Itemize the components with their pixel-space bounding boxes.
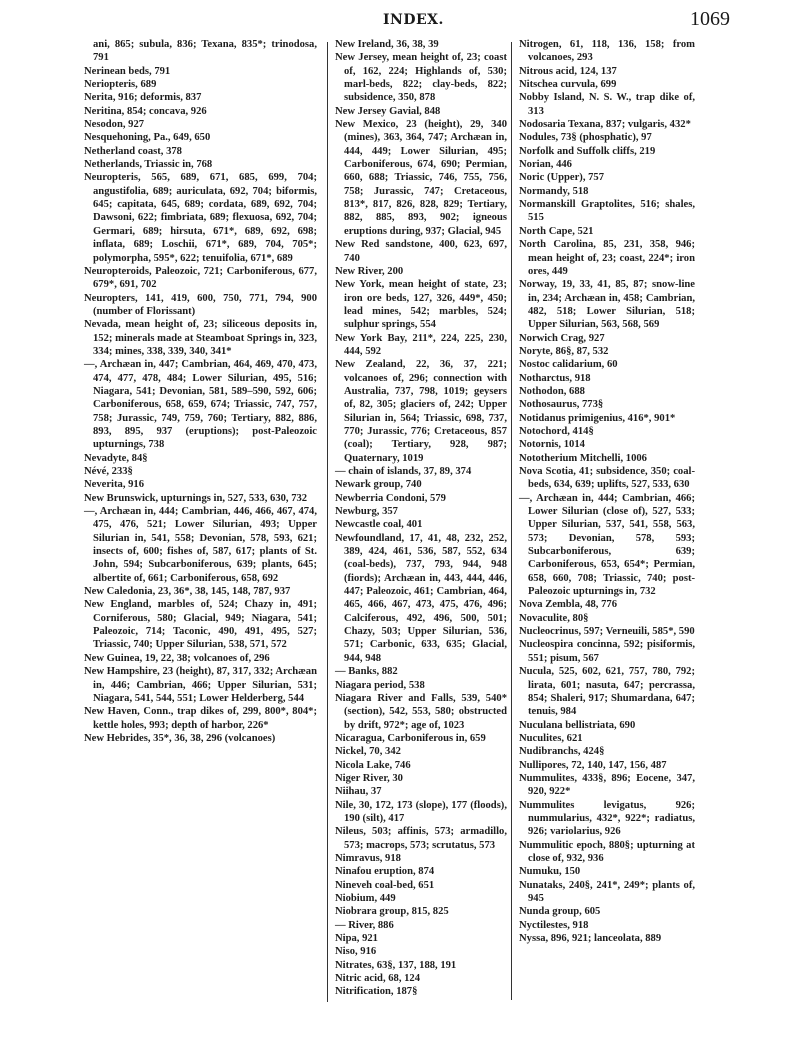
index-entry: Niobium, 449	[335, 892, 507, 905]
index-entry: Niobrara group, 815, 825	[335, 905, 507, 918]
index-entry: Nototherium Mitchelli, 1006	[519, 452, 695, 465]
index-entry: New Jersey, mean height of, 23; coast of…	[335, 51, 507, 104]
index-entry: New River, 200	[335, 265, 507, 278]
index-entry: Notidanus primigenius, 416*, 901*	[519, 412, 695, 425]
index-entry: New Red sandstone, 400, 623, 697, 740	[335, 238, 507, 265]
index-entry: Nickel, 70, 342	[335, 745, 507, 758]
index-entry: Nummulites levigatus, 926; nummularius, …	[519, 799, 695, 839]
index-entry: New York, mean height of state, 23; iron…	[335, 278, 507, 331]
index-entry: Noryte, 86§, 87, 532	[519, 345, 695, 358]
index-entry: Nucleocrinus, 597; Verneuili, 585*, 590	[519, 625, 695, 638]
index-entry: Nudibranchs, 424§	[519, 745, 695, 758]
index-entry: Norian, 446	[519, 158, 695, 171]
index-entry: Nucula, 525, 602, 621, 757, 780, 792; li…	[519, 665, 695, 718]
index-entry: Niger River, 30	[335, 772, 507, 785]
index-entry: Neverita, 916	[84, 478, 317, 491]
index-entry: — chain of islands, 37, 89, 374	[335, 465, 507, 478]
index-page: INDEX. 1069 ani, 865; subula, 836; Texan…	[0, 0, 800, 1050]
index-entry: Nitrous acid, 124, 137	[519, 65, 695, 78]
index-entry: Norwich Crag, 927	[519, 332, 695, 345]
index-entry: Nerinean beds, 791	[84, 65, 317, 78]
index-entry: New Caledonia, 23, 36*, 38, 145, 148, 78…	[84, 585, 317, 598]
index-entry: Nucleospira concinna, 592; pisiformis, 5…	[519, 638, 695, 665]
index-entry: Netherlands, Triassic in, 768	[84, 158, 317, 171]
index-entry: Normanskill Graptolites, 516; shales, 51…	[519, 198, 695, 225]
index-entry: New Guinea, 19, 22, 38; volcanoes of, 29…	[84, 652, 317, 665]
index-entry: Nunda group, 605	[519, 905, 695, 918]
index-entry: New Ireland, 36, 38, 39	[335, 38, 507, 51]
index-entry: Normandy, 518	[519, 185, 695, 198]
index-entry: Newark group, 740	[335, 478, 507, 491]
index-entry: Newberria Condoni, 579	[335, 492, 507, 505]
index-entry: Nitric acid, 68, 124	[335, 972, 507, 985]
index-entry: Nobby Island, N. S. W., trap dike of, 31…	[519, 91, 695, 118]
index-entry: Notharctus, 918	[519, 372, 695, 385]
index-entry: Nunataks, 240§, 241*, 249*; plants of, 9…	[519, 879, 695, 906]
index-entry: — Banks, 882	[335, 665, 507, 678]
index-entry: New England, marbles of, 524; Chazy in, …	[84, 598, 317, 651]
index-entry: Nostoc calidarium, 60	[519, 358, 695, 371]
index-entry: — River, 886	[335, 919, 507, 932]
index-entry: Niihau, 37	[335, 785, 507, 798]
index-entry: Nesodon, 927	[84, 118, 317, 131]
index-entry: North Carolina, 85, 231, 358, 946; mean …	[519, 238, 695, 278]
index-entry: Nyctilestes, 918	[519, 919, 695, 932]
index-entry: New Zealand, 22, 36, 37, 221; volcanoes …	[335, 358, 507, 465]
index-entry: Nevadyte, 84§	[84, 452, 317, 465]
index-entry: Nova Zembla, 48, 776	[519, 598, 695, 611]
index-entry: Norfolk and Suffolk cliffs, 219	[519, 145, 695, 158]
index-entry: New Brunswick, upturnings in, 527, 533, …	[84, 492, 317, 505]
running-head: INDEX. 1069	[0, 8, 800, 32]
index-entry: Nerita, 916; deformis, 837	[84, 91, 317, 104]
index-entry: Nileus, 503; affinis, 573; armadillo, 57…	[335, 825, 507, 852]
index-entry: Neuropters, 141, 419, 600, 750, 771, 794…	[84, 292, 317, 319]
index-entry: Nitschea curvula, 699	[519, 78, 695, 91]
index-entry: Nyssa, 896, 921; lanceolata, 889	[519, 932, 695, 945]
index-column-3: Nitrogen, 61, 118, 136, 158; from volcan…	[519, 38, 695, 945]
index-entry: Nitrogen, 61, 118, 136, 158; from volcan…	[519, 38, 695, 65]
index-entry: Newburg, 357	[335, 505, 507, 518]
index-column-1: ani, 865; subula, 836; Texana, 835*; tri…	[84, 38, 317, 745]
index-entry: Nitrates, 63§, 137, 188, 191	[335, 959, 507, 972]
index-entry: Nuculana bellistriata, 690	[519, 719, 695, 732]
index-entry: Nullipores, 72, 140, 147, 156, 487	[519, 759, 695, 772]
index-entry: Nipa, 921	[335, 932, 507, 945]
index-entry: Nummulitic epoch, 880§; upturning at clo…	[519, 839, 695, 866]
index-entry: Nineveh coal-bed, 651	[335, 879, 507, 892]
index-entry: —, Archæan in, 444; Cambrian, 466; Lower…	[519, 492, 695, 599]
index-entry: Norway, 19, 33, 41, 85, 87; snow-line in…	[519, 278, 695, 331]
index-entry: Niagara River and Falls, 539, 540* (sect…	[335, 692, 507, 732]
index-entry: Niagara period, 538	[335, 679, 507, 692]
index-entry: Niso, 916	[335, 945, 507, 958]
index-entry: Notochord, 414§	[519, 425, 695, 438]
index-entry: Nicola Lake, 746	[335, 759, 507, 772]
index-entry: New Hampshire, 23 (height), 87, 317, 332…	[84, 665, 317, 705]
index-entry: Netherland coast, 378	[84, 145, 317, 158]
index-entry: Novaculite, 80§	[519, 612, 695, 625]
column-rule	[327, 42, 328, 1002]
index-entry: Nothosaurus, 773§	[519, 398, 695, 411]
index-entry: New Haven, Conn., trap dikes of, 299, 80…	[84, 705, 317, 732]
index-entry: Newfoundland, 17, 41, 48, 232, 252, 389,…	[335, 532, 507, 665]
running-head-title: INDEX.	[383, 12, 444, 28]
index-entry: Nimravus, 918	[335, 852, 507, 865]
index-entry: Numuku, 150	[519, 865, 695, 878]
page-number: 1069	[690, 8, 730, 31]
index-entry: Nova Scotia, 41; subsidence, 350; coal-b…	[519, 465, 695, 492]
index-entry: Neritina, 854; concava, 926	[84, 105, 317, 118]
index-entry: Nuculites, 621	[519, 732, 695, 745]
index-entry: Noric (Upper), 757	[519, 171, 695, 184]
index-entry: Newcastle coal, 401	[335, 518, 507, 531]
index-entry: North Cape, 521	[519, 225, 695, 238]
index-entry: Nothodon, 688	[519, 385, 695, 398]
index-entry: —, Archæan in, 447; Cambrian, 464, 469, …	[84, 358, 317, 451]
index-entry: Neriopteris, 689	[84, 78, 317, 91]
index-entry: ani, 865; subula, 836; Texana, 835*; tri…	[84, 38, 317, 65]
index-entry: New Jersey Gavial, 848	[335, 105, 507, 118]
index-entry: Neuropteroids, Paleozoic, 721; Carbonife…	[84, 265, 317, 292]
index-entry: Neuropteris, 565, 689, 671, 685, 699, 70…	[84, 171, 317, 264]
index-entry: Nummulites, 433§, 896; Eocene, 347, 920,…	[519, 772, 695, 799]
index-entry: Notornis, 1014	[519, 438, 695, 451]
index-entry: New Mexico, 23 (height), 29, 340 (mines)…	[335, 118, 507, 238]
index-entry: Nesquehoning, Pa., 649, 650	[84, 131, 317, 144]
index-entry: Ninafou eruption, 874	[335, 865, 507, 878]
index-entry: Nodosaria Texana, 837; vulgaris, 432*	[519, 118, 695, 131]
index-column-2: New Ireland, 36, 38, 39New Jersey, mean …	[335, 38, 507, 999]
index-entry: Névé, 233§	[84, 465, 317, 478]
index-entry: —, Archæan in, 444; Cambrian, 446, 466, …	[84, 505, 317, 585]
column-rule	[511, 42, 512, 1000]
index-entry: Nile, 30, 172, 173 (slope), 177 (floods)…	[335, 799, 507, 826]
index-entry: Nicaragua, Carboniferous in, 659	[335, 732, 507, 745]
index-entry: New York Bay, 211*, 224, 225, 230, 444, …	[335, 332, 507, 359]
index-entry: Nevada, mean height of, 23; siliceous de…	[84, 318, 317, 358]
index-entry: New Hebrides, 35*, 36, 38, 296 (volcanoe…	[84, 732, 317, 745]
index-entry: Nodules, 73§ (phosphatic), 97	[519, 131, 695, 144]
index-entry: Nitrification, 187§	[335, 985, 507, 998]
